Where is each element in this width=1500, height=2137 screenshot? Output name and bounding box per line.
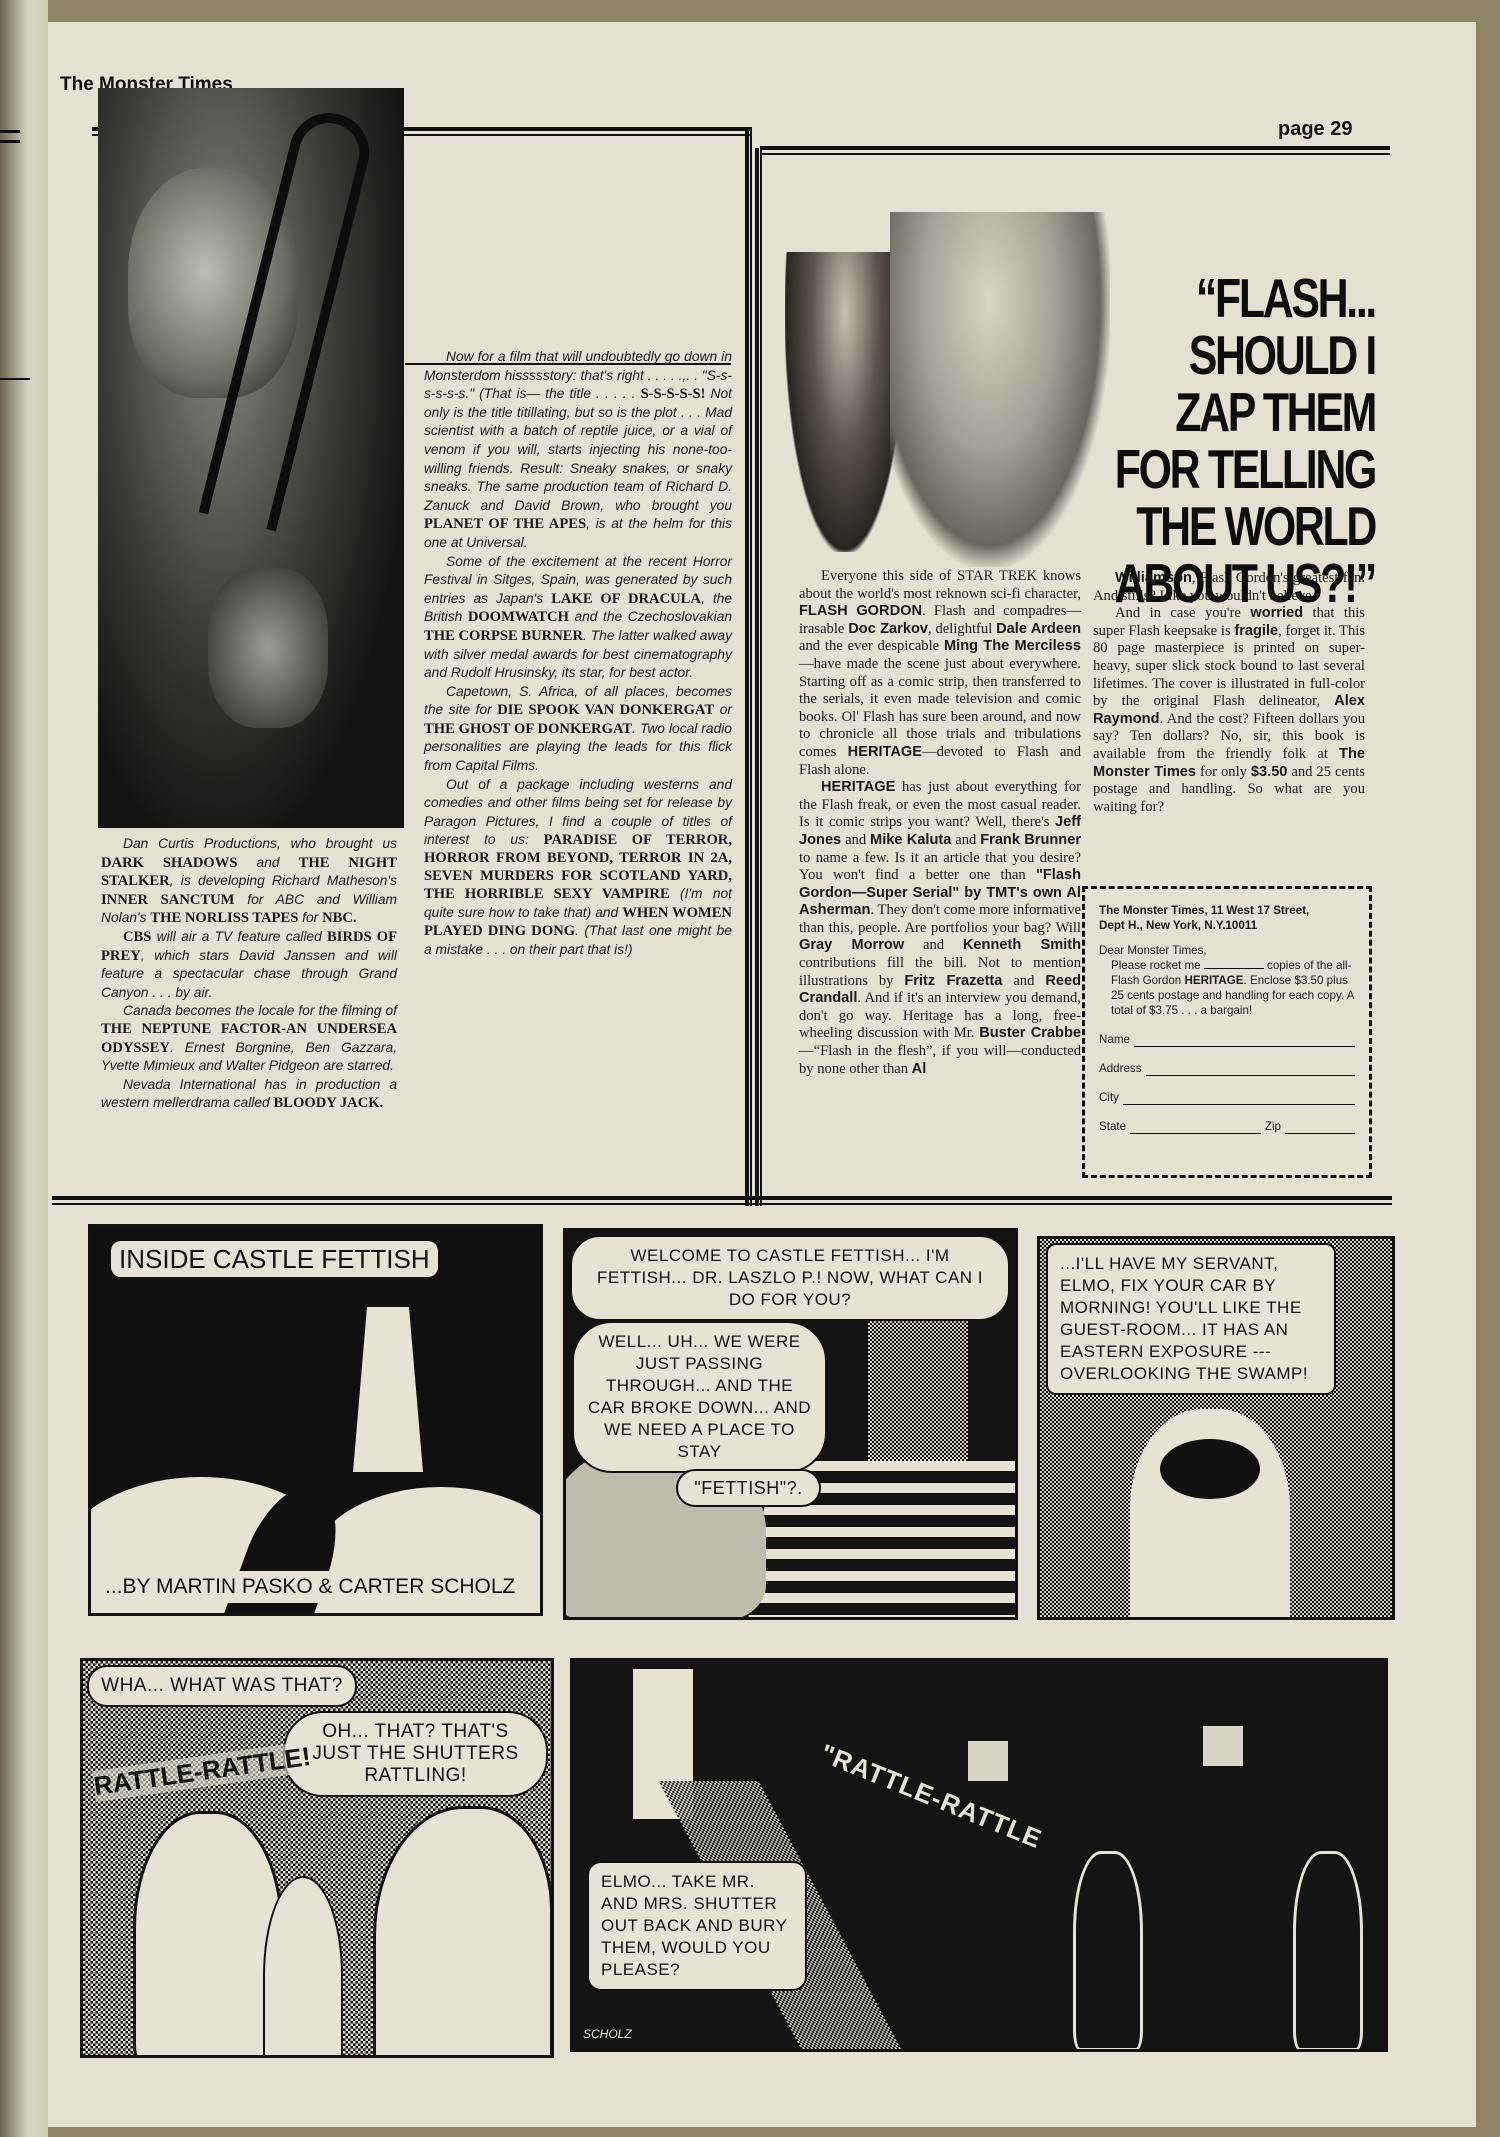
- state-zip-field[interactable]: StateZip: [1099, 1119, 1355, 1134]
- comic-panel-1: INSIDE CASTLE FETTISH ...BY MARTIN PASKO…: [88, 1224, 543, 1616]
- flash-headline: “FLASH... SHOULD I ZAP THEM FOR TELLING …: [1114, 270, 1375, 612]
- comic-panel-3: ...I'LL HAVE MY SERVANT, ELMO, FIX YOUR …: [1037, 1236, 1395, 1620]
- balloon: "FETTISH"?.: [676, 1469, 821, 1507]
- skeleton: [1293, 1851, 1363, 2051]
- photo-dale-arden: [785, 252, 905, 552]
- address-field[interactable]: Address: [1099, 1061, 1355, 1076]
- figure-mrs-shutter: [263, 1876, 343, 2058]
- skeleton: [1073, 1851, 1143, 2051]
- balloon: WELCOME TO CASTLE FETTISH... I'M FETTISH…: [570, 1235, 1010, 1321]
- comic-credit: ...BY MARTIN PASKO & CARTER SCHOLZ: [97, 1571, 523, 1603]
- comic-panel-5: "RATTLE-RATTLE ELMO... TAKE MR. AND MRS.…: [570, 1658, 1388, 2052]
- paragraph: Everyone this side of STAR TREK knows ab…: [799, 568, 1081, 779]
- flash-gordon-photo: [780, 212, 1110, 567]
- paragraph: CBS will air a TV feature called BIRDS O…: [101, 928, 397, 1002]
- comic-panel-2: WELCOME TO CASTLE FETTISH... I'M FETTISH…: [563, 1228, 1018, 1620]
- coupon-address: The Monster Times, 11 West 17 Street, De…: [1099, 903, 1355, 933]
- paragraph: And in case you're worried that this sup…: [1093, 605, 1365, 816]
- top-rule-right: [760, 146, 1390, 155]
- shackle-block: [968, 1741, 1008, 1781]
- name-field[interactable]: Name: [1099, 1032, 1355, 1047]
- comic-title: INSIDE CASTLE FETTISH: [111, 1241, 438, 1277]
- column-divider: [755, 148, 762, 1206]
- sfx-rattle: RATTLE-RATTLE!: [92, 1741, 313, 1802]
- spine-mark: [0, 378, 30, 380]
- section-rule: [52, 1196, 1392, 1205]
- balloon: WELL... UH... WE WERE JUST PASSING THROU…: [572, 1321, 827, 1473]
- castle-tower: [353, 1307, 423, 1472]
- news-column-b: Now for a film that will undoubtedly go …: [424, 348, 732, 960]
- balloon: OH... THAT? THAT'S JUST THE SHUTTERS RAT…: [283, 1711, 548, 1797]
- paragraph: Capetown, S. Africa, of all places, beco…: [424, 683, 732, 776]
- photo-hand: [208, 568, 328, 728]
- figure-fettish: [373, 1806, 553, 2058]
- ad-column-c: Everyone this side of STAR TREK knows ab…: [799, 568, 1081, 1078]
- artist-signature: SCHOLZ: [583, 2027, 632, 2041]
- copies-blank[interactable]: [1204, 959, 1264, 969]
- paragraph: Williamson, Flash Gordon's greatest fan.…: [1093, 570, 1365, 605]
- news-column-a: Dan Curtis Productions, who brought us D…: [101, 835, 397, 1113]
- balloon: ...I'LL HAVE MY SERVANT, ELMO, FIX YOUR …: [1046, 1243, 1336, 1395]
- dark-shadows-photo: [98, 88, 404, 828]
- figure-mr-shutter: [133, 1811, 283, 2058]
- spine-mark: [0, 130, 20, 133]
- paragraph: HERITAGE has just about everything for t…: [799, 779, 1081, 1078]
- ad-column-d: Williamson, Flash Gordon's greatest fan.…: [1093, 570, 1365, 816]
- sfx-rattle: "RATTLE-RATTLE: [816, 1738, 1047, 1855]
- order-coupon: The Monster Times, 11 West 17 Street, De…: [1082, 886, 1372, 1178]
- balloon: ELMO... TAKE MR. AND MRS. SHUTTER OUT BA…: [587, 1861, 807, 1991]
- paragraph: Nevada International has in production a…: [101, 1076, 397, 1113]
- column-divider: [745, 130, 752, 1206]
- photo-flash-gordon: [890, 212, 1110, 567]
- paragraph: Some of the excitement at the recent Hor…: [424, 553, 732, 683]
- shackle-block: [1203, 1726, 1243, 1766]
- balloon: WHA... WHAT WAS THAT?: [87, 1665, 357, 1707]
- paragraph: Now for a film that will undoubtedly go …: [424, 348, 732, 553]
- comic-panel-4: WHA... WHAT WAS THAT? OH... THAT? THAT'S…: [80, 1658, 554, 2058]
- paragraph: Canada becomes the locale for the filmin…: [101, 1002, 397, 1075]
- coupon-salutation: Dear Monster Times,: [1099, 943, 1355, 958]
- paragraph: Out of a package including westerns and …: [424, 776, 732, 960]
- coupon-body: Please rocket me copies of the all-Flash…: [1099, 958, 1355, 1018]
- binding-spine: [0, 0, 48, 2137]
- page-number: page 29: [1278, 118, 1352, 141]
- city-field[interactable]: City: [1099, 1090, 1355, 1105]
- paragraph: Dan Curtis Productions, who brought us D…: [101, 835, 397, 928]
- spine-mark: [0, 140, 20, 143]
